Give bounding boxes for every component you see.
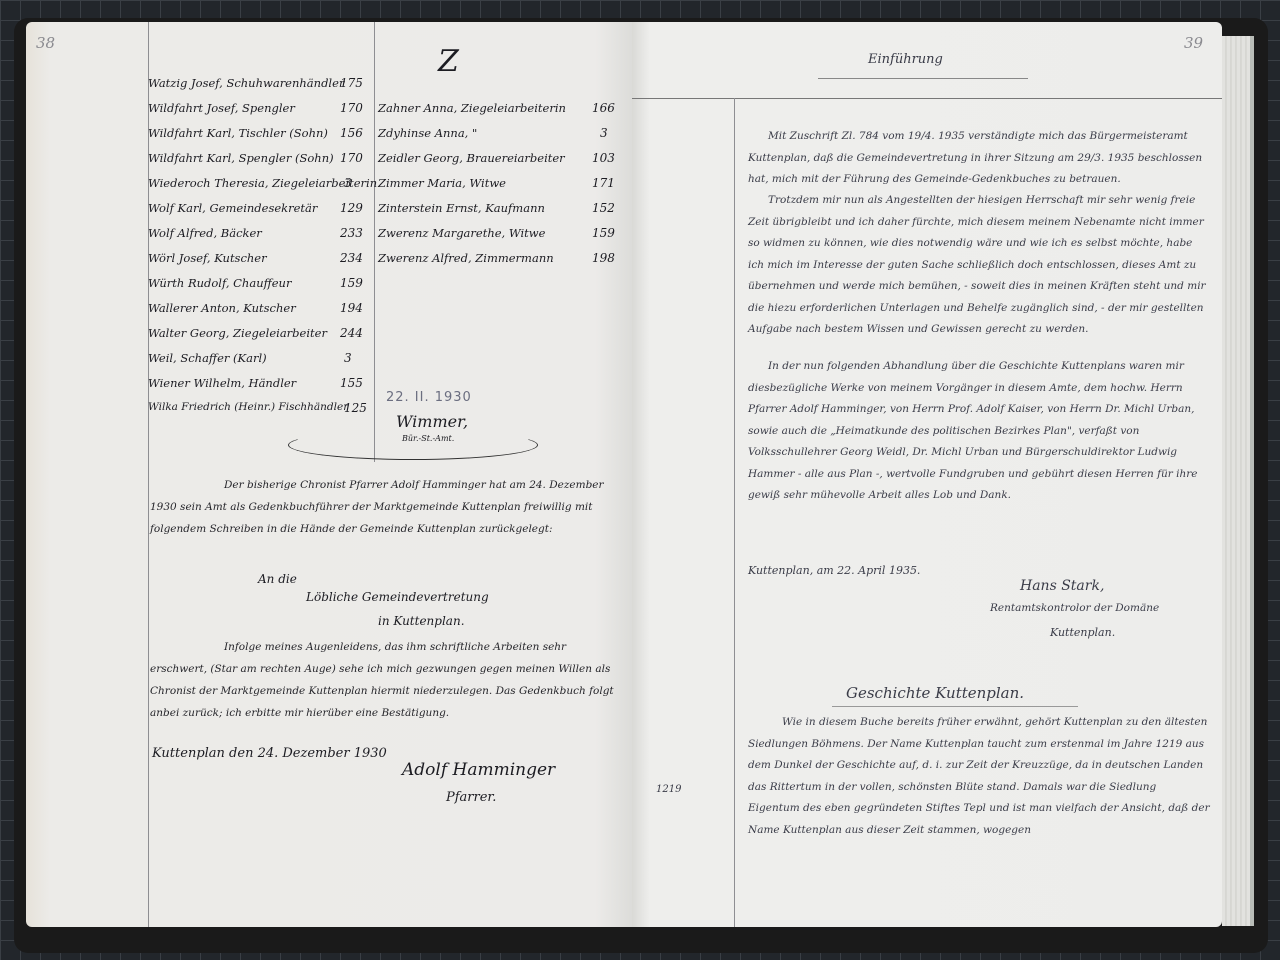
entry-ref: 244 (340, 326, 363, 340)
entry-ref: 129 (340, 201, 363, 215)
list-item: Würth Rudolf, Chauffeur159 (148, 276, 374, 296)
left-page-number: 38 (36, 34, 55, 52)
entry-name: Wolf Alfred, Bäcker (148, 226, 262, 240)
letter-signature-name: Adolf Hamminger (402, 760, 555, 780)
entry-name: Zdyhinse Anna, " (378, 126, 477, 140)
address-line-1: An die (258, 572, 297, 586)
entry-ref: 166 (592, 101, 615, 115)
entry-ref: 3 (344, 176, 352, 190)
list-item: Wildfahrt Josef, Spengler170 (148, 101, 374, 121)
list-item: Zimmer Maria, Witwe171 (378, 176, 628, 196)
entry-name: Wildfahrt Karl, Tischler (Sohn) (148, 126, 328, 140)
list-item: Watzig Josef, Schuhwarenhändler175 (148, 76, 374, 96)
entry-name: Watzig Josef, Schuhwarenhändler (148, 76, 344, 90)
list-item: Zwerenz Alfred, Zimmermann198 (378, 251, 628, 271)
entry-name: Zahner Anna, Ziegeleiarbeiterin (378, 101, 566, 115)
signer-name: Hans Stark, (1020, 578, 1104, 594)
intro-place-date: Kuttenplan, am 22. April 1935. (748, 564, 920, 577)
letter-place-date: Kuttenplan den 24. Dezember 1930 (152, 746, 387, 761)
entry-ref: 170 (340, 151, 363, 165)
right-page: 39 Einführung Mit Zuschrift Zl. 784 vom … (632, 22, 1222, 927)
entry-ref: 194 (340, 301, 363, 315)
entry-ref: 3 (600, 126, 608, 140)
entry-name: Zeidler Georg, Brauereiarbeiter (378, 151, 565, 165)
intro-paragraph-3: In der nun folgenden Abhandlung über die… (748, 356, 1210, 507)
history-heading-underline (832, 706, 1078, 707)
list-item: Wilka Friedrich (Heinr.) Fischhändler125 (148, 401, 374, 421)
list-item: Wiederoch Theresia, Ziegeleiarbeiterin3 (148, 176, 374, 196)
signature-flourish (288, 430, 538, 460)
letter-signature-title: Pfarrer. (446, 790, 496, 805)
entry-name: Weil, Schaffer (Karl) (148, 351, 267, 365)
entry-ref: 159 (340, 276, 363, 290)
entry-name: Zinterstein Ernst, Kaufmann (378, 201, 545, 215)
intro-paragraph-1: Mit Zuschrift Zl. 784 vom 19/4. 1935 ver… (748, 126, 1210, 191)
list-item: Zahner Anna, Ziegeleiarbeiterin166 (378, 101, 628, 121)
list-item: Zeidler Georg, Brauereiarbeiter103 (378, 151, 628, 171)
list-item: Wildfahrt Karl, Tischler (Sohn)156 (148, 126, 374, 146)
intro-heading: Einführung (868, 52, 943, 67)
header-rule (632, 98, 1222, 99)
entry-name: Wilka Friedrich (Heinr.) Fischhändler (148, 401, 348, 413)
list-item: Weil, Schaffer (Karl)3 (148, 351, 374, 371)
entry-name: Wildfahrt Karl, Spengler (Sohn) (148, 151, 334, 165)
entry-name: Wildfahrt Josef, Spengler (148, 101, 295, 115)
entry-ref: 125 (344, 401, 367, 415)
entry-ref: 152 (592, 201, 615, 215)
entry-ref: 234 (340, 251, 363, 265)
list-item: Wörl Josef, Kutscher234 (148, 251, 374, 271)
list-item: Wolf Karl, Gemeindesekretär129 (148, 201, 374, 221)
list-item: Walter Georg, Ziegeleiarbeiter244 (148, 326, 374, 346)
entry-ref: 175 (340, 76, 363, 90)
entry-ref: 156 (340, 126, 363, 140)
entry-ref: 170 (340, 101, 363, 115)
address-line-2: Löbliche Gemeindevertretung (306, 590, 489, 604)
letter-intro: Der bisherige Chronist Pfarrer Adolf Ham… (150, 474, 620, 540)
entry-name: Walter Georg, Ziegeleiarbeiter (148, 326, 327, 340)
entry-ref: 159 (592, 226, 615, 240)
heading-underline (818, 78, 1028, 79)
signer-place: Kuttenplan. (1050, 626, 1115, 639)
entry-name: Zwerenz Margarethe, Witwe (378, 226, 545, 240)
list-item: Wolf Alfred, Bäcker233 (148, 226, 374, 246)
list-item: Wiener Wilhelm, Händler155 (148, 376, 374, 396)
date-stamp: 22. II. 1930 (386, 390, 472, 405)
page-edges (1222, 36, 1254, 926)
entry-name: Wiederoch Theresia, Ziegeleiarbeiterin (148, 176, 377, 190)
stamp-signature: Wimmer, (396, 412, 468, 431)
entry-name: Wiener Wilhelm, Händler (148, 376, 296, 390)
entry-name: Zwerenz Alfred, Zimmermann (378, 251, 554, 265)
entry-name: Würth Rudolf, Chauffeur (148, 276, 291, 290)
history-heading: Geschichte Kuttenplan. (846, 684, 1024, 702)
letter-body: Infolge meines Augenleidens, das ihm sch… (150, 636, 620, 724)
history-paragraph: Wie in diesem Buche bereits früher erwäh… (748, 712, 1210, 841)
list-item: Wildfahrt Karl, Spengler (Sohn)170 (148, 151, 374, 171)
signer-title: Rentamtskontrolor der Domäne (990, 602, 1159, 614)
intro-paragraph-2: Trotzdem mir nun als Angestellten der hi… (748, 190, 1210, 341)
right-page-number: 39 (1184, 34, 1203, 52)
entry-ref: 198 (592, 251, 615, 265)
entry-ref: 155 (340, 376, 363, 390)
column-z-heading: Z (438, 44, 459, 79)
list-item: Zwerenz Margarethe, Witwe159 (378, 226, 628, 246)
entry-ref: 103 (592, 151, 615, 165)
entry-name: Wolf Karl, Gemeindesekretär (148, 201, 317, 215)
entry-name: Zimmer Maria, Witwe (378, 176, 506, 190)
entry-ref: 233 (340, 226, 363, 240)
entry-ref: 171 (592, 176, 615, 190)
list-item: Wallerer Anton, Kutscher194 (148, 301, 374, 321)
list-item: Zinterstein Ernst, Kaufmann152 (378, 201, 628, 221)
entry-name: Wörl Josef, Kutscher (148, 251, 267, 265)
column-divider-rule (374, 22, 375, 462)
list-item: Zdyhinse Anna, "3 (378, 126, 628, 146)
entry-name: Wallerer Anton, Kutscher (148, 301, 296, 315)
address-line-3: in Kuttenplan. (378, 614, 465, 628)
margin-year-note: 1219 (656, 784, 681, 795)
left-page: 38 Watzig Josef, Schuhwarenhändler175 Wi… (26, 22, 632, 927)
margin-rule (734, 98, 735, 927)
entry-ref: 3 (344, 351, 352, 365)
